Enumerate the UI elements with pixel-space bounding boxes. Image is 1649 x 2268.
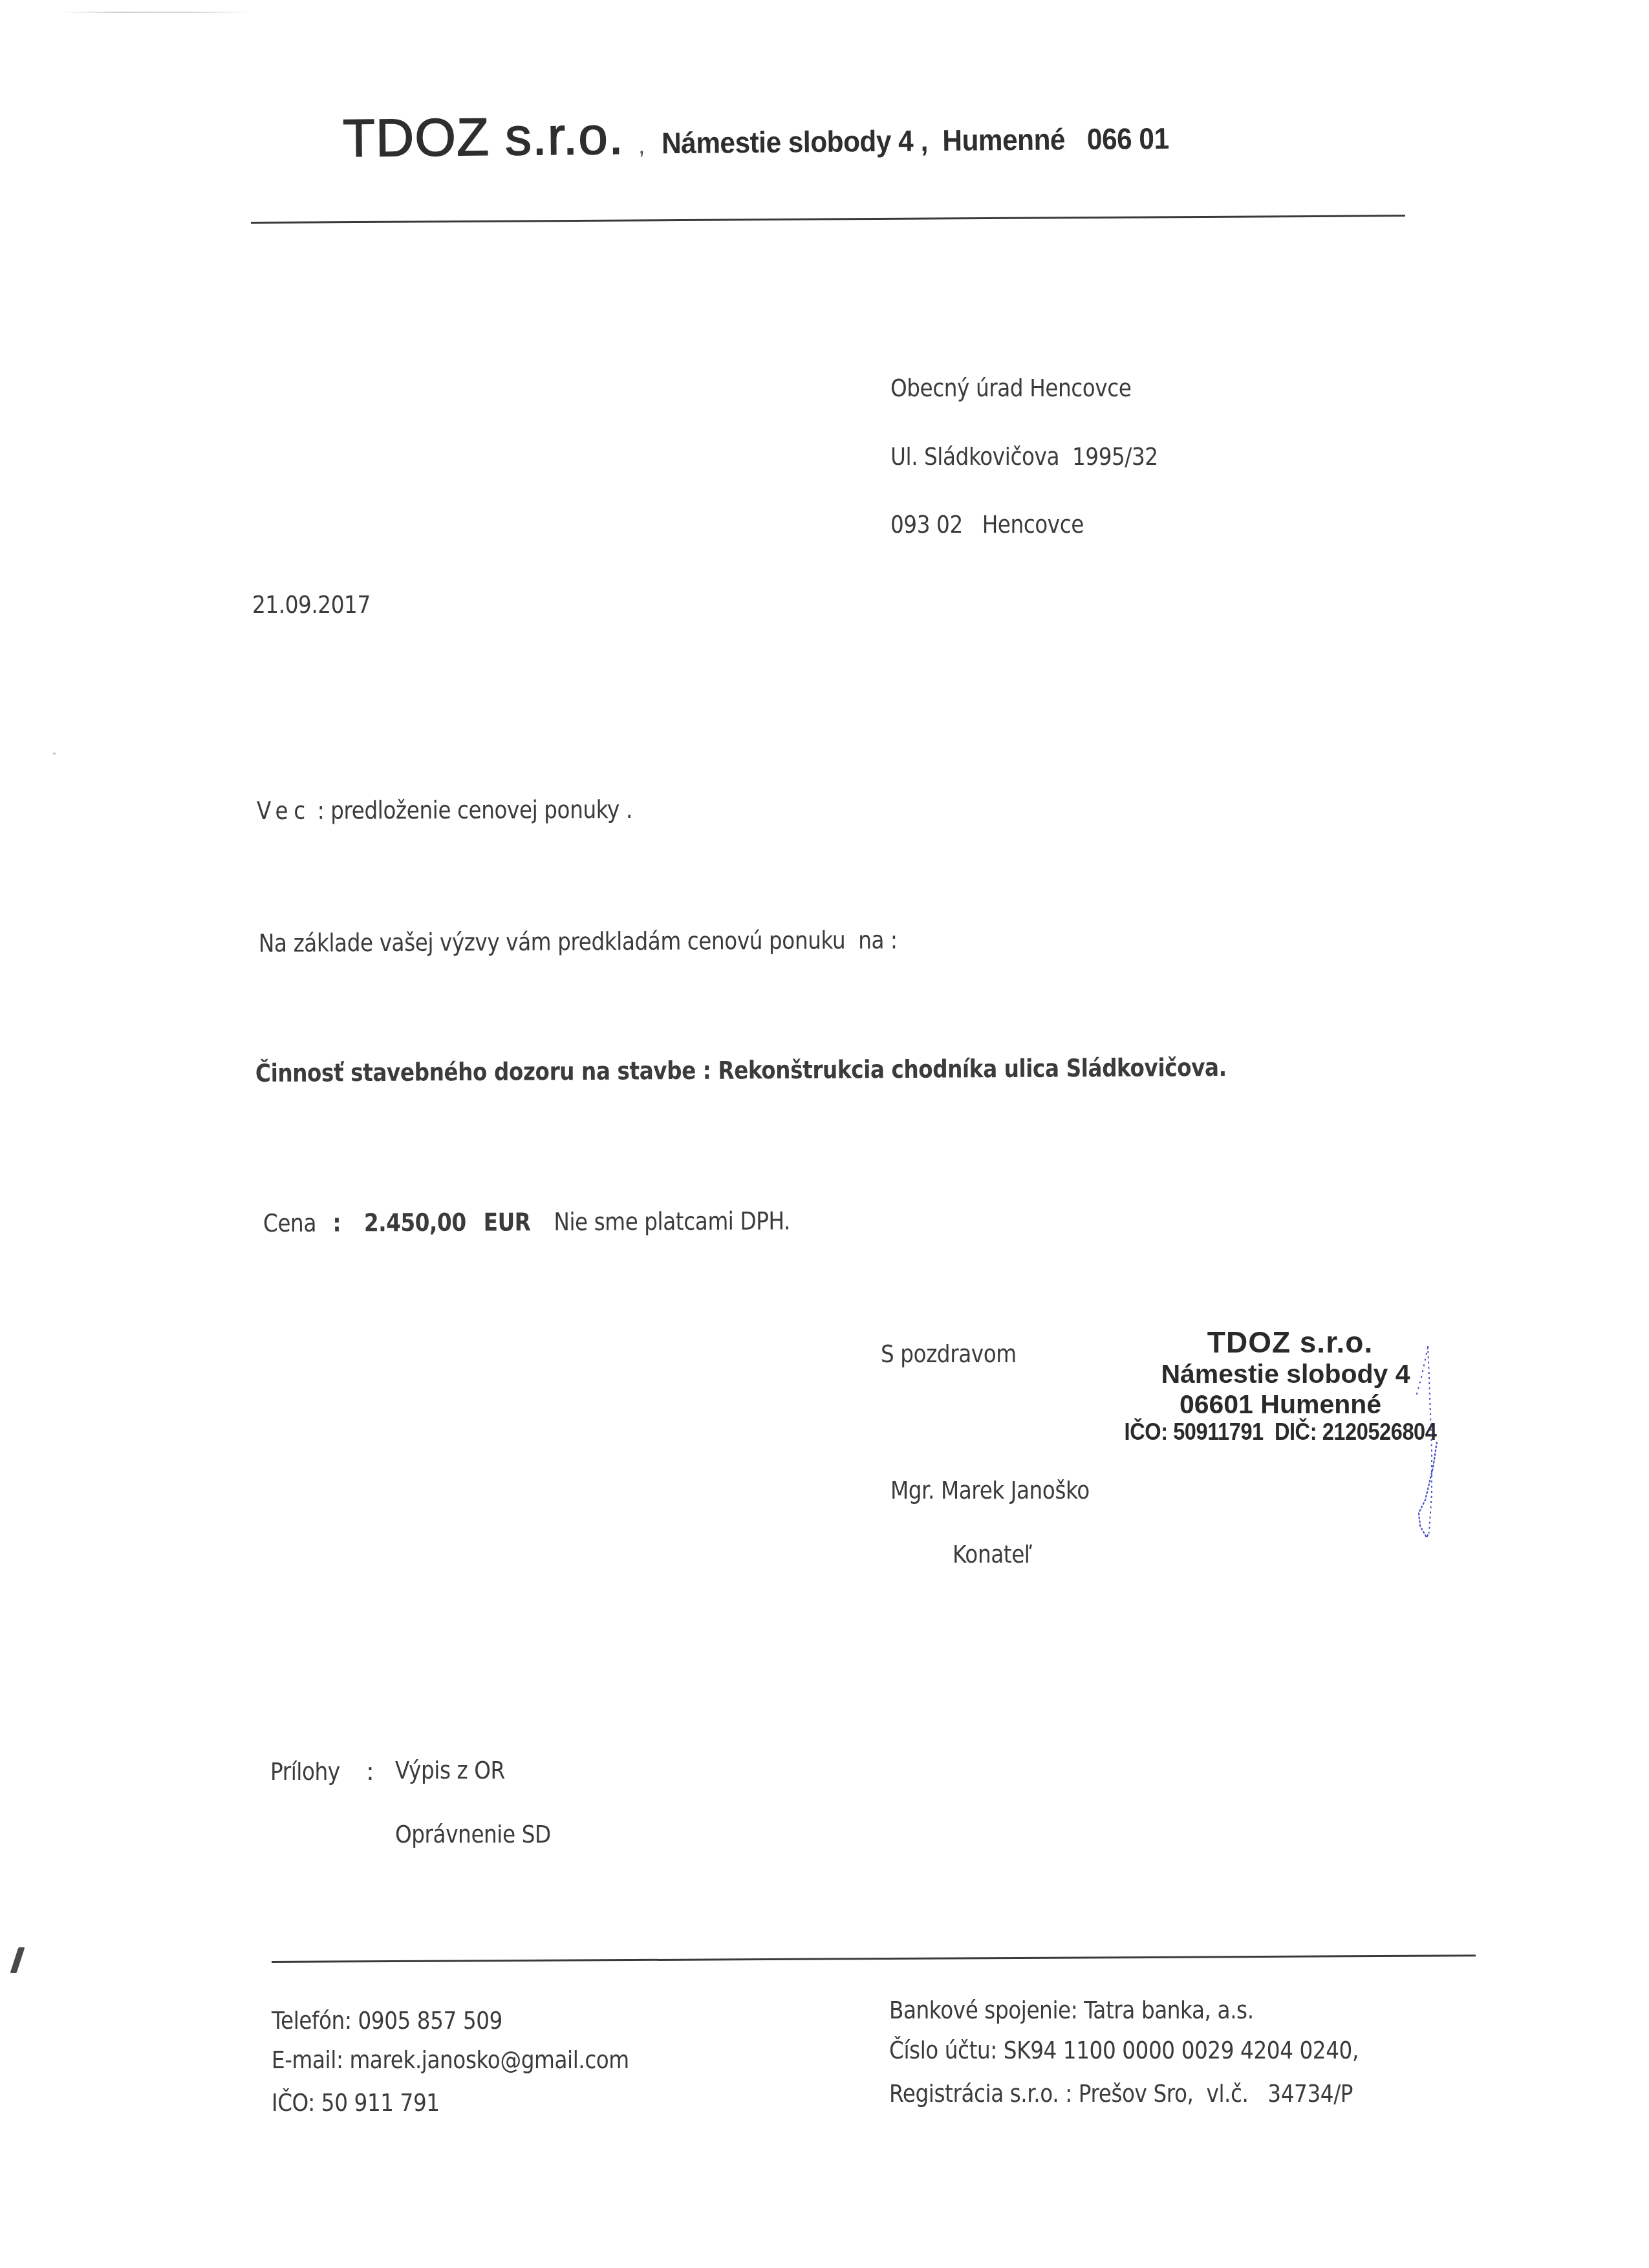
attachment-item: Výpis z OR: [395, 1756, 523, 1784]
price-amount: 2.450,00: [364, 1208, 466, 1237]
footer-email: E-mail: marek.janosko@gmail.com: [272, 2046, 687, 2074]
letterhead-company-name: TDOZ s.r.o.: [343, 106, 625, 169]
attachment-item: Oprávnenie SD: [395, 1820, 576, 1848]
price-label: Cena: [263, 1209, 316, 1237]
subject-label: Vec: [257, 797, 311, 825]
header-divider: [251, 215, 1405, 224]
activity-description: Činnosť stavebného dozoru na stavbe : Re…: [255, 1052, 1385, 1087]
attachments-colon: :: [366, 1757, 374, 1786]
attachments-label: Prílohy: [270, 1757, 351, 1786]
footer-account: Číslo účtu: SK94 1100 0000 0029 4204 024…: [889, 2036, 1435, 2064]
subject-line: Vec : predloženie cenovej ponuky .: [257, 795, 694, 825]
letterhead-separator: ,: [638, 133, 645, 160]
price-line: Cena : 2.450,00 EUR Nie sme platcami DPH…: [263, 1206, 876, 1237]
price-colon: :: [332, 1208, 341, 1237]
letterhead-address: Námestie slobody 4 , Humenné 066 01: [662, 121, 1169, 161]
letterhead: TDOZ s.r.o. , Námestie slobody 4 , Humen…: [343, 100, 1214, 169]
letter-date: 21.09.2017: [252, 590, 390, 619]
footer-registration: Registrácia s.r.o. : Prešov Sro, vl.č. 3…: [889, 2079, 1428, 2108]
signer-name: Mgr. Marek Janoško: [890, 1476, 1122, 1504]
vat-note: Nie sme platcami DPH.: [554, 1206, 790, 1236]
footer-divider: [272, 1954, 1476, 1963]
footer-bank: Bankové spojenie: Tatra banka, a.s.: [889, 1996, 1313, 2024]
subject-text: : predloženie cenovej ponuky .: [311, 795, 632, 825]
recipient-name: Obecný úrad Hencovce: [890, 374, 1170, 402]
recipient-street: Ul. Sládkovičova 1995/32: [890, 442, 1202, 471]
footer-ico: IČO: 50 911 791: [272, 2088, 467, 2117]
closing-greeting: S pozdravom: [881, 1340, 1039, 1368]
intro-paragraph: Na základe vašej výzvy vám predkladám ce…: [259, 925, 1001, 957]
signer-role: Konateľ: [953, 1540, 1045, 1568]
handwritten-signature: [1403, 1338, 1461, 1545]
footer-phone: Telefón: 0905 857 509: [272, 2006, 540, 2035]
scan-artifact-line: [62, 12, 250, 13]
recipient-city: 093 02 Hencovce: [890, 510, 1115, 539]
price-currency: EUR: [484, 1208, 531, 1236]
stamp-ids: IČO: 50911791 DIČ: 2120526804: [1121, 1420, 1440, 1445]
scan-artifact-dot: [53, 753, 56, 754]
scan-artifact-mark: [10, 1947, 25, 1973]
